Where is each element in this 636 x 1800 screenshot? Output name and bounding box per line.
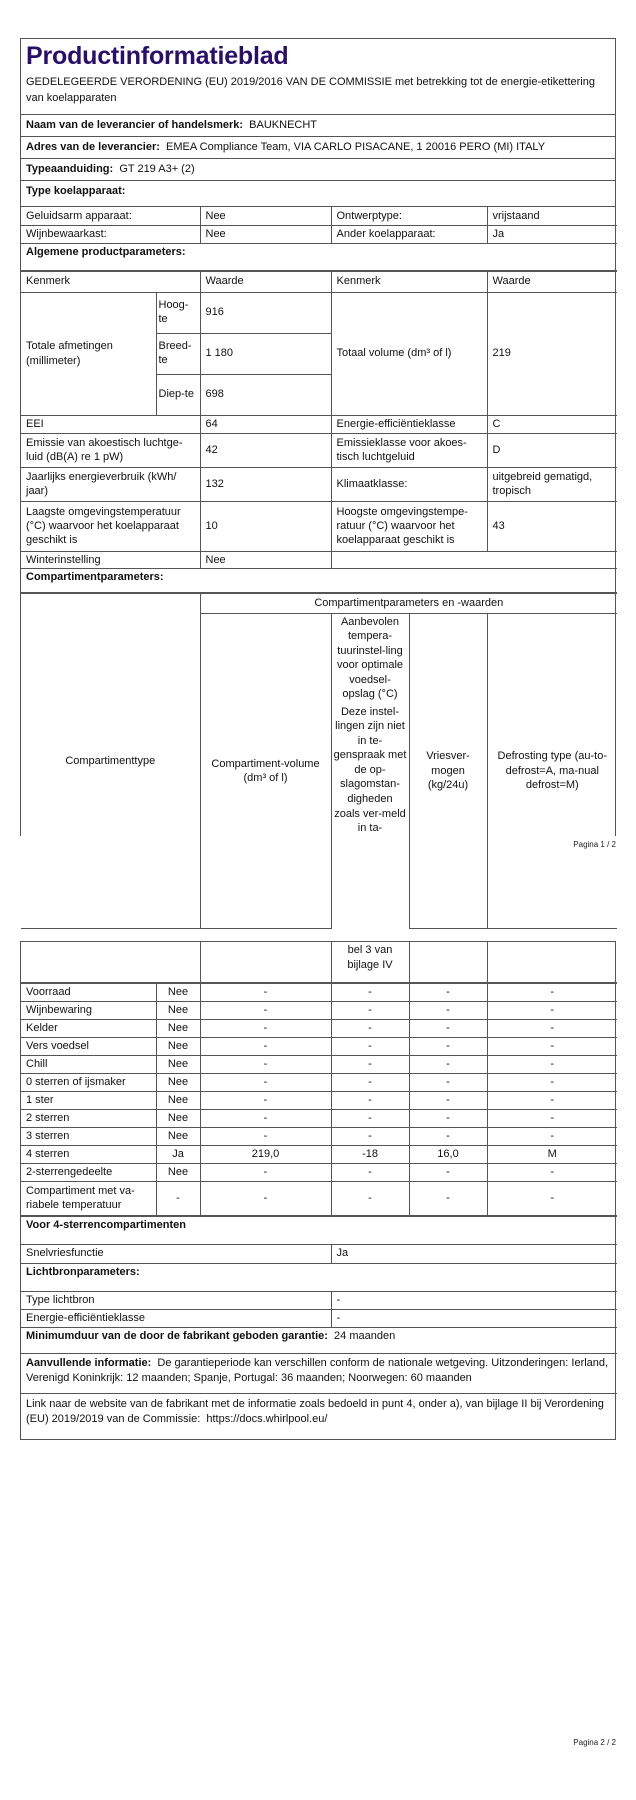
compartment-type: 2 sterren bbox=[21, 1109, 156, 1127]
fast-freeze-label: Snelvriesfunctie bbox=[21, 1244, 331, 1263]
compartment-table: bel 3 van bijlage IV bbox=[21, 942, 617, 983]
compartment-volume: - bbox=[200, 983, 331, 1001]
warranty-value: 24 maanden bbox=[334, 1330, 395, 1342]
compartment-defrost: - bbox=[487, 1109, 617, 1127]
compartment-defrost: - bbox=[487, 1055, 617, 1073]
compartment-freeze: - bbox=[409, 983, 487, 1001]
table-row: Aanvullende informatie: De garantieperio… bbox=[21, 1353, 617, 1393]
compartment-defrost: - bbox=[487, 1019, 617, 1037]
compartment-freeze: - bbox=[409, 1019, 487, 1037]
table-row: Algemene productparameters: bbox=[21, 243, 617, 270]
compartment-volume: - bbox=[200, 1001, 331, 1019]
compartment-type: 3 sterren bbox=[21, 1127, 156, 1145]
recommended-temp-note-cont: bel 3 van bijlage IV bbox=[331, 942, 409, 982]
max-ambient-label: Hoogste omgevingstempe-ratuur (°C) waarv… bbox=[331, 501, 487, 551]
warranty-row: Minimumduur van de door de fabrikant geb… bbox=[21, 1327, 617, 1353]
compartment-temp: -18 bbox=[331, 1145, 409, 1163]
table-row: Compartimenttype Compartimentparameters … bbox=[21, 593, 617, 613]
table-row: EEI 64 Energie-efficiëntieklasse C bbox=[21, 415, 617, 433]
other-appliance-label: Ander koelapparaat: bbox=[331, 225, 487, 243]
compartment-temp: - bbox=[331, 1181, 409, 1215]
width-value: 1 180 bbox=[200, 333, 331, 374]
table-row: Wijnbewaarkast: Nee Ander koelapparaat: … bbox=[21, 225, 617, 243]
min-ambient-value: 10 bbox=[200, 501, 331, 551]
table-row: Lichtbronparameters: bbox=[21, 1263, 617, 1291]
table-row: Voor 4-sterrencompartimenten bbox=[21, 1216, 617, 1244]
compartment-present: Ja bbox=[156, 1145, 200, 1163]
compartment-type: 0 sterren of ijsmaker bbox=[21, 1073, 156, 1091]
title-block: Productinformatieblad GEDELEGEERDE VEROR… bbox=[21, 39, 615, 115]
compartment-temp: - bbox=[331, 1019, 409, 1037]
wine-cabinet-label: Wijnbewaarkast: bbox=[21, 225, 200, 243]
table-row: bel 3 van bijlage IV bbox=[21, 942, 617, 982]
table-row: Totale afmetingen (millimeter) Hoog-te 9… bbox=[21, 292, 617, 333]
page-1: Productinformatieblad GEDELEGEERDE VEROR… bbox=[0, 0, 636, 880]
table-row: Emissie van akoestisch luchtge-luid (dB(… bbox=[21, 433, 617, 467]
regulation-subtitle: GEDELEGEERDE VERORDENING (EU) 2019/2016 … bbox=[26, 75, 610, 107]
model-row: Typeaanduiding: GT 219 A3+ (2) bbox=[21, 159, 615, 181]
table-row: Type lichtbron - bbox=[21, 1291, 617, 1309]
width-label: Breed-te bbox=[156, 333, 200, 374]
compartment-temp: - bbox=[331, 1055, 409, 1073]
compartment-type: 2-sterrengedeelte bbox=[21, 1163, 156, 1181]
table-row: 1 sterNee---- bbox=[21, 1091, 617, 1109]
compartment-freeze: - bbox=[409, 1073, 487, 1091]
compartment-present: Nee bbox=[156, 1073, 200, 1091]
compartment-defrost: - bbox=[487, 1127, 617, 1145]
appliance-type-table: Geluidsarm apparaat: Nee Ontwerptype: vr… bbox=[21, 207, 617, 271]
compartment-type: Wijnbewaring bbox=[21, 1001, 156, 1019]
compartment-defrost: - bbox=[487, 1163, 617, 1181]
four-star-table: Voor 4-sterrencompartimenten Snelvriesfu… bbox=[21, 1216, 617, 1440]
supplier-address-row: Adres van de leverancier: EMEA Complianc… bbox=[21, 137, 615, 159]
table-row: ChillNee---- bbox=[21, 1055, 617, 1073]
compartment-defrost: - bbox=[487, 1181, 617, 1215]
compartment-defrost: - bbox=[487, 1001, 617, 1019]
compartment-temp: - bbox=[331, 1127, 409, 1145]
compartment-defrost: - bbox=[487, 983, 617, 1001]
compartment-header-table: Compartimenttype Compartimentparameters … bbox=[21, 593, 617, 929]
light-type-value: - bbox=[331, 1291, 617, 1309]
compartment-params-heading: Compartimentparameters: bbox=[21, 568, 617, 592]
compartment-defrost: M bbox=[487, 1145, 617, 1163]
compartment-type: Kelder bbox=[21, 1019, 156, 1037]
compartment-present: Nee bbox=[156, 1127, 200, 1145]
table-row: Kenmerk Waarde Kenmerk Waarde bbox=[21, 271, 617, 292]
height-label: Hoog-te bbox=[156, 292, 200, 333]
design-type-label: Ontwerptype: bbox=[331, 207, 487, 225]
supplier-name-value: BAUKNECHT bbox=[249, 119, 317, 131]
noise-emission-label: Emissie van akoestisch luchtge-luid (dB(… bbox=[21, 433, 200, 467]
table-row: Minimumduur van de door de fabrikant geb… bbox=[21, 1327, 617, 1353]
noise-emission-value: 42 bbox=[200, 433, 331, 467]
depth-value: 698 bbox=[200, 374, 331, 415]
supplier-name-row: Naam van de leverancier of handelsmerk: … bbox=[21, 115, 615, 137]
compartment-freeze: - bbox=[409, 1163, 487, 1181]
compartment-freeze: - bbox=[409, 1091, 487, 1109]
model-label: Typeaanduiding: bbox=[26, 163, 113, 175]
table-row: Compartiment met va-riabele temperatuur-… bbox=[21, 1181, 617, 1215]
four-star-heading: Voor 4-sterrencompartimenten bbox=[21, 1216, 617, 1244]
compartment-present: Nee bbox=[156, 1163, 200, 1181]
table-row: 0 sterren of ijsmakerNee---- bbox=[21, 1073, 617, 1091]
compartment-present: Nee bbox=[156, 1091, 200, 1109]
compartment-volume: - bbox=[200, 1073, 331, 1091]
empty-cell bbox=[200, 942, 331, 982]
empty-cell bbox=[487, 942, 617, 982]
compartment-temp: - bbox=[331, 1109, 409, 1127]
warranty-label: Minimumduur van de door de fabrikant geb… bbox=[26, 1330, 328, 1342]
website-row: Link naar de website van de fabrikant me… bbox=[21, 1393, 617, 1439]
compartment-volume: - bbox=[200, 1019, 331, 1037]
additional-info-label: Aanvullende informatie: bbox=[26, 1357, 151, 1369]
supplier-address-value: EMEA Compliance Team, VIA CARLO PISACANE… bbox=[166, 141, 545, 153]
compartment-freeze: 16,0 bbox=[409, 1145, 487, 1163]
compartment-volume: - bbox=[200, 1055, 331, 1073]
compartment-rows: VoorraadNee----WijnbewaringNee----Kelder… bbox=[21, 983, 617, 1216]
height-value: 916 bbox=[200, 292, 331, 333]
table-row: Link naar de website van de fabrikant me… bbox=[21, 1393, 617, 1439]
compartment-type: Voorraad bbox=[21, 983, 156, 1001]
annual-energy-value: 132 bbox=[200, 467, 331, 501]
total-volume-label: Totaal volume (dm³ of l) bbox=[331, 292, 487, 415]
model-value: GT 219 A3+ (2) bbox=[119, 163, 194, 175]
empty-cell bbox=[21, 942, 200, 982]
compartment-present: Nee bbox=[156, 1037, 200, 1055]
design-type-value: vrijstaand bbox=[487, 207, 617, 225]
compartment-type: 4 sterren bbox=[21, 1145, 156, 1163]
compartment-freeze: - bbox=[409, 1127, 487, 1145]
table-row: KelderNee---- bbox=[21, 1019, 617, 1037]
compartment-volume: - bbox=[200, 1127, 331, 1145]
noise-class-label: Emissieklasse voor akoes-tisch luchtgelu… bbox=[331, 433, 487, 467]
compartment-volume: - bbox=[200, 1181, 331, 1215]
compartment-group-header: Compartimentparameters en -waarden bbox=[200, 593, 617, 613]
appliance-type-heading: Type koelapparaat: bbox=[21, 181, 615, 207]
empty-cell bbox=[331, 551, 617, 568]
table-row: 3 sterrenNee---- bbox=[21, 1127, 617, 1145]
quiet-value: Nee bbox=[200, 207, 331, 225]
product-info-sheet-continued: bel 3 van bijlage IV VoorraadNee----Wijn… bbox=[20, 941, 616, 1440]
table-row: VoorraadNee---- bbox=[21, 983, 617, 1001]
dimensions-label: Totale afmetingen (millimeter) bbox=[21, 292, 156, 415]
col-waarde-1: Waarde bbox=[200, 271, 331, 292]
compartment-type: Compartiment met va-riabele temperatuur bbox=[21, 1181, 156, 1215]
energy-class-value: C bbox=[487, 415, 617, 433]
table-row: Compartimentparameters: bbox=[21, 568, 617, 592]
col-kenmerk-1: Kenmerk bbox=[21, 271, 200, 292]
energy-class-label: Energie-efficiëntieklasse bbox=[331, 415, 487, 433]
product-info-sheet: Productinformatieblad GEDELEGEERDE VEROR… bbox=[20, 38, 616, 836]
eei-value: 64 bbox=[200, 415, 331, 433]
compartment-type: Vers voedsel bbox=[21, 1037, 156, 1055]
compartment-freeze: - bbox=[409, 1037, 487, 1055]
compartment-volume: - bbox=[200, 1037, 331, 1055]
compartment-freeze: - bbox=[409, 1055, 487, 1073]
page-number-1: Pagina 1 / 2 bbox=[573, 840, 616, 850]
page-title: Productinformatieblad bbox=[26, 42, 610, 71]
depth-label: Diep-te bbox=[156, 374, 200, 415]
empty-cell bbox=[409, 942, 487, 982]
col-kenmerk-2: Kenmerk bbox=[331, 271, 487, 292]
website-link[interactable]: https://docs.whirlpool.eu/ bbox=[206, 1413, 327, 1425]
winter-setting-label: Winterinstelling bbox=[21, 551, 200, 568]
compartment-freeze: - bbox=[409, 1109, 487, 1127]
compartment-present: Nee bbox=[156, 1109, 200, 1127]
recommended-temp-text: Aanbevolen tempera-tuurinstel-ling voor … bbox=[334, 615, 407, 702]
compartment-present: Nee bbox=[156, 1001, 200, 1019]
compartment-present: Nee bbox=[156, 1055, 200, 1073]
page-2: bel 3 van bijlage IV VoorraadNee----Wijn… bbox=[0, 880, 636, 1800]
compartment-type: 1 ster bbox=[21, 1091, 156, 1109]
compartment-volume: - bbox=[200, 1091, 331, 1109]
table-row: Snelvriesfunctie Ja bbox=[21, 1244, 617, 1263]
quiet-label: Geluidsarm apparaat: bbox=[21, 207, 200, 225]
compartment-defrost: - bbox=[487, 1073, 617, 1091]
table-row: Geluidsarm apparaat: Nee Ontwerptype: vr… bbox=[21, 207, 617, 225]
light-type-label: Type lichtbron bbox=[21, 1291, 331, 1309]
light-class-value: - bbox=[331, 1309, 617, 1327]
compartment-volume: - bbox=[200, 1109, 331, 1127]
other-appliance-value: Ja bbox=[487, 225, 617, 243]
general-params-table: Kenmerk Waarde Kenmerk Waarde Totale afm… bbox=[21, 271, 617, 593]
table-row: Laagste omgevingstemperatuur (°C) waarvo… bbox=[21, 501, 617, 551]
eei-label: EEI bbox=[21, 415, 200, 433]
compartment-present: - bbox=[156, 1181, 200, 1215]
page-number-2: Pagina 2 / 2 bbox=[573, 1738, 616, 1748]
table-row: Jaarlijks energieverbruik (kWh/ jaar) 13… bbox=[21, 467, 617, 501]
total-volume-value: 219 bbox=[487, 292, 617, 415]
compartment-freeze: - bbox=[409, 1001, 487, 1019]
winter-setting-value: Nee bbox=[200, 551, 331, 568]
climate-class-label: Klimaatklasse: bbox=[331, 467, 487, 501]
compartment-volume: 219,0 bbox=[200, 1145, 331, 1163]
compartment-temp: - bbox=[331, 1073, 409, 1091]
max-ambient-value: 43 bbox=[487, 501, 617, 551]
compartment-defrost: - bbox=[487, 1037, 617, 1055]
climate-class-value: uitgebreid gematigd, tropisch bbox=[487, 467, 617, 501]
recommended-temp-note: Deze instel-lingen zijn niet in te-gensp… bbox=[334, 705, 407, 836]
compartment-defrost: - bbox=[487, 1091, 617, 1109]
noise-class-value: D bbox=[487, 433, 617, 467]
col-compartment-type: Compartimenttype bbox=[21, 593, 200, 928]
table-row: 2-sterrengedeelteNee---- bbox=[21, 1163, 617, 1181]
compartment-temp: - bbox=[331, 1037, 409, 1055]
min-ambient-label: Laagste omgevingstemperatuur (°C) waarvo… bbox=[21, 501, 200, 551]
table-row: 2 sterrenNee---- bbox=[21, 1109, 617, 1127]
compartment-temp: - bbox=[331, 1001, 409, 1019]
table-row: Winterinstelling Nee bbox=[21, 551, 617, 568]
compartment-volume: - bbox=[200, 1163, 331, 1181]
wine-cabinet-value: Nee bbox=[200, 225, 331, 243]
light-class-label: Energie-efficiëntieklasse bbox=[21, 1309, 331, 1327]
compartment-type: Chill bbox=[21, 1055, 156, 1073]
table-row: Vers voedselNee---- bbox=[21, 1037, 617, 1055]
compartment-temp: - bbox=[331, 983, 409, 1001]
compartment-present: Nee bbox=[156, 1019, 200, 1037]
compartment-present: Nee bbox=[156, 983, 200, 1001]
light-source-heading: Lichtbronparameters: bbox=[21, 1263, 617, 1291]
compartment-freeze: - bbox=[409, 1181, 487, 1215]
compartment-temp: - bbox=[331, 1163, 409, 1181]
table-row: 4 sterrenJa219,0-1816,0M bbox=[21, 1145, 617, 1163]
annual-energy-label: Jaarlijks energieverbruik (kWh/ jaar) bbox=[21, 467, 200, 501]
compartment-temp: - bbox=[331, 1091, 409, 1109]
table-row: Energie-efficiëntieklasse - bbox=[21, 1309, 617, 1327]
fast-freeze-value: Ja bbox=[331, 1244, 617, 1263]
table-row: WijnbewaringNee---- bbox=[21, 1001, 617, 1019]
supplier-address-label: Adres van de leverancier: bbox=[26, 141, 160, 153]
general-params-heading: Algemene productparameters: bbox=[21, 243, 617, 270]
col-waarde-2: Waarde bbox=[487, 271, 617, 292]
supplier-name-label: Naam van de leverancier of handelsmerk: bbox=[26, 119, 243, 131]
additional-info-row: Aanvullende informatie: De garantieperio… bbox=[21, 1353, 617, 1393]
